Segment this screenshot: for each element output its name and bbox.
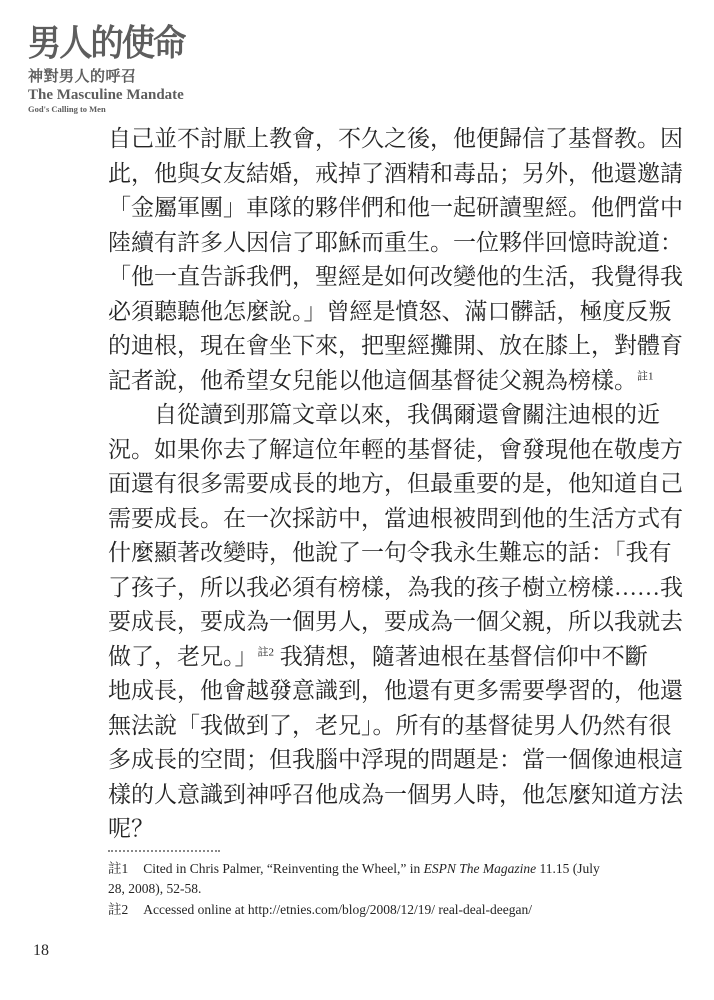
body-line: 陸續有許多人因信了耶穌而重生。一位夥伴回憶時說道： xyxy=(108,226,616,261)
footnote-item: 註2Accessed online at http://etnies.com/b… xyxy=(108,900,616,920)
body-line: 無法說「我做到了，老兄」。所有的基督徒男人仍然有很 xyxy=(108,709,616,744)
footnote-area: 註1Cited in Chris Palmer, “Reinventing th… xyxy=(108,850,616,921)
body-line: 面還有很多需要成長的地方，但最重要的是，他知道自己 xyxy=(108,467,616,502)
body-line: 必須聽聽他怎麼說。」曾經是憤怒、滿口髒話，極度反叛 xyxy=(108,295,616,330)
body-line: 自從讀到那篇文章以來，我偶爾還會關注迪根的近 xyxy=(108,398,616,433)
body-line: 「金屬軍團」車隊的夥伴們和他一起研讀聖經。他們當中 xyxy=(108,191,616,226)
body-line-text: 必須聽聽他怎麼說。」曾經是憤怒、滿口髒話，極度反叛 xyxy=(108,299,672,324)
footnote-text: Accessed online at http://etnies.com/blo… xyxy=(143,902,532,917)
body-line: 樣的人意識到神呼召他成為一個男人時，他怎麼知道方法 xyxy=(108,778,616,813)
body-line-text: 「金屬軍團」車隊的夥伴們和他一起研讀聖經。他們當中 xyxy=(108,195,683,220)
body-line-text: 自己並不討厭上教會，不久之後，他便歸信了基督教。因 xyxy=(108,126,683,151)
footnote-divider xyxy=(108,850,220,852)
body-line-text: 自從讀到那篇文章以來，我偶爾還會關注迪根的近 xyxy=(154,402,660,427)
body-line: 「他一直告訴我們，聖經是如何改變他的生活，我覺得我 xyxy=(108,260,616,295)
body-line: 的迪根，現在會坐下來，把聖經攤開、放在膝上，對體育 xyxy=(108,329,616,364)
body-line-text: 此，他與女友結婚，戒掉了酒精和毒品；另外，他還邀請 xyxy=(108,161,683,186)
body-line: 況。如果你去了解這位年輕的基督徒，會發現他在敬虔方 xyxy=(108,433,616,468)
body-text: 自己並不討厭上教會，不久之後，他便歸信了基督教。因此，他與女友結婚，戒掉了酒精和… xyxy=(108,122,616,847)
body-line: 要成長，要成為一個男人，要成為一個父親，所以我就去 xyxy=(108,605,616,640)
book-logo: 男人的使命 神對男人的呼召 The Masculine Mandate God'… xyxy=(28,24,198,114)
book-page: 男人的使命 神對男人的呼召 The Masculine Mandate God'… xyxy=(0,0,714,1000)
body-line: 此，他與女友結婚，戒掉了酒精和毒品；另外，他還邀請 xyxy=(108,157,616,192)
body-line-text: 況。如果你去了解這位年輕的基督徒，會發現他在敬虔方 xyxy=(108,437,683,462)
footnote-ref: 註1 xyxy=(637,370,654,382)
body-line-text: 要成長，要成為一個男人，要成為一個父親，所以我就去 xyxy=(108,609,683,634)
body-line: 記者說，他希望女兒能以他這個基督徒父親為榜樣。註1 xyxy=(108,364,616,399)
body-line-text: 「他一直告訴我們，聖經是如何改變他的生活，我覺得我 xyxy=(108,264,683,289)
body-line-text: 記者說，他希望女兒能以他這個基督徒父親為榜樣。 xyxy=(108,368,637,393)
logo-subtitle-en: God's Calling to Men xyxy=(28,104,198,114)
body-line-text: 什麼顯著改變時，他說了一句令我永生難忘的話：「我有 xyxy=(108,540,672,565)
body-line: 多成長的空間；但我腦中浮現的問題是：當一個像迪根這 xyxy=(108,743,616,778)
body-line: 什麼顯著改變時，他說了一句令我永生難忘的話：「我有 xyxy=(108,536,616,571)
body-line-text: 樣的人意識到神呼召他成為一個男人時，他怎麼知道方法 xyxy=(108,782,683,807)
body-line-text: 我猜想，隨著迪根在基督信仰中不斷 xyxy=(274,644,648,669)
footnote-label: 註1 xyxy=(108,861,128,876)
body-line-text: 需要成長。在一次採訪中，當迪根被問到他的生活方式有 xyxy=(108,506,683,531)
body-line: 做了，老兄。」註2 我猜想，隨著迪根在基督信仰中不斷 xyxy=(108,640,616,675)
footnote-text: Cited in Chris Palmer, “Reinventing the … xyxy=(143,861,423,876)
page-number: 18 xyxy=(33,942,49,960)
body-line: 了孩子，所以我必須有榜樣，為我的孩子樹立榜樣……我 xyxy=(108,571,616,606)
footnote-ref: 註2 xyxy=(258,646,275,658)
logo-subtitle-zh: 神對男人的呼召 xyxy=(28,65,198,86)
body-line-text: 呢？ xyxy=(108,816,154,841)
body-line: 自己並不討厭上教會，不久之後，他便歸信了基督教。因 xyxy=(108,122,616,157)
body-line-text: 面還有很多需要成長的地方，但最重要的是，他知道自己 xyxy=(108,471,683,496)
body-line-text: 的迪根，現在會坐下來，把聖經攤開、放在膝上，對體育 xyxy=(108,333,683,358)
body-line-text: 了孩子，所以我必須有榜樣，為我的孩子樹立榜樣……我 xyxy=(108,575,683,600)
body-line-text: 做了，老兄。」 xyxy=(108,644,258,669)
body-line: 地成長，他會越發意識到，他還有更多需要學習的，他還 xyxy=(108,674,616,709)
footnote-list: 註1Cited in Chris Palmer, “Reinventing th… xyxy=(108,859,616,920)
body-line: 呢？ xyxy=(108,812,616,847)
body-line-text: 地成長，他會越發意識到，他還有更多需要學習的，他還 xyxy=(108,678,683,703)
footnote-item: 註1Cited in Chris Palmer, “Reinventing th… xyxy=(108,859,616,899)
logo-title-zh: 男人的使命 xyxy=(28,24,184,62)
body-line-text: 陸續有許多人因信了耶穌而重生。一位夥伴回憶時說道： xyxy=(108,230,683,255)
body-line-text: 無法說「我做到了，老兄」。所有的基督徒男人仍然有很 xyxy=(108,713,672,738)
footnote-text: ESPN The Magazine xyxy=(424,861,537,876)
footnote-label: 註2 xyxy=(108,902,128,917)
logo-title-en: The Masculine Mandate xyxy=(28,87,198,104)
body-line-text: 多成長的空間；但我腦中浮現的問題是：當一個像迪根這 xyxy=(108,747,683,772)
body-line: 需要成長。在一次採訪中，當迪根被問到他的生活方式有 xyxy=(108,502,616,537)
